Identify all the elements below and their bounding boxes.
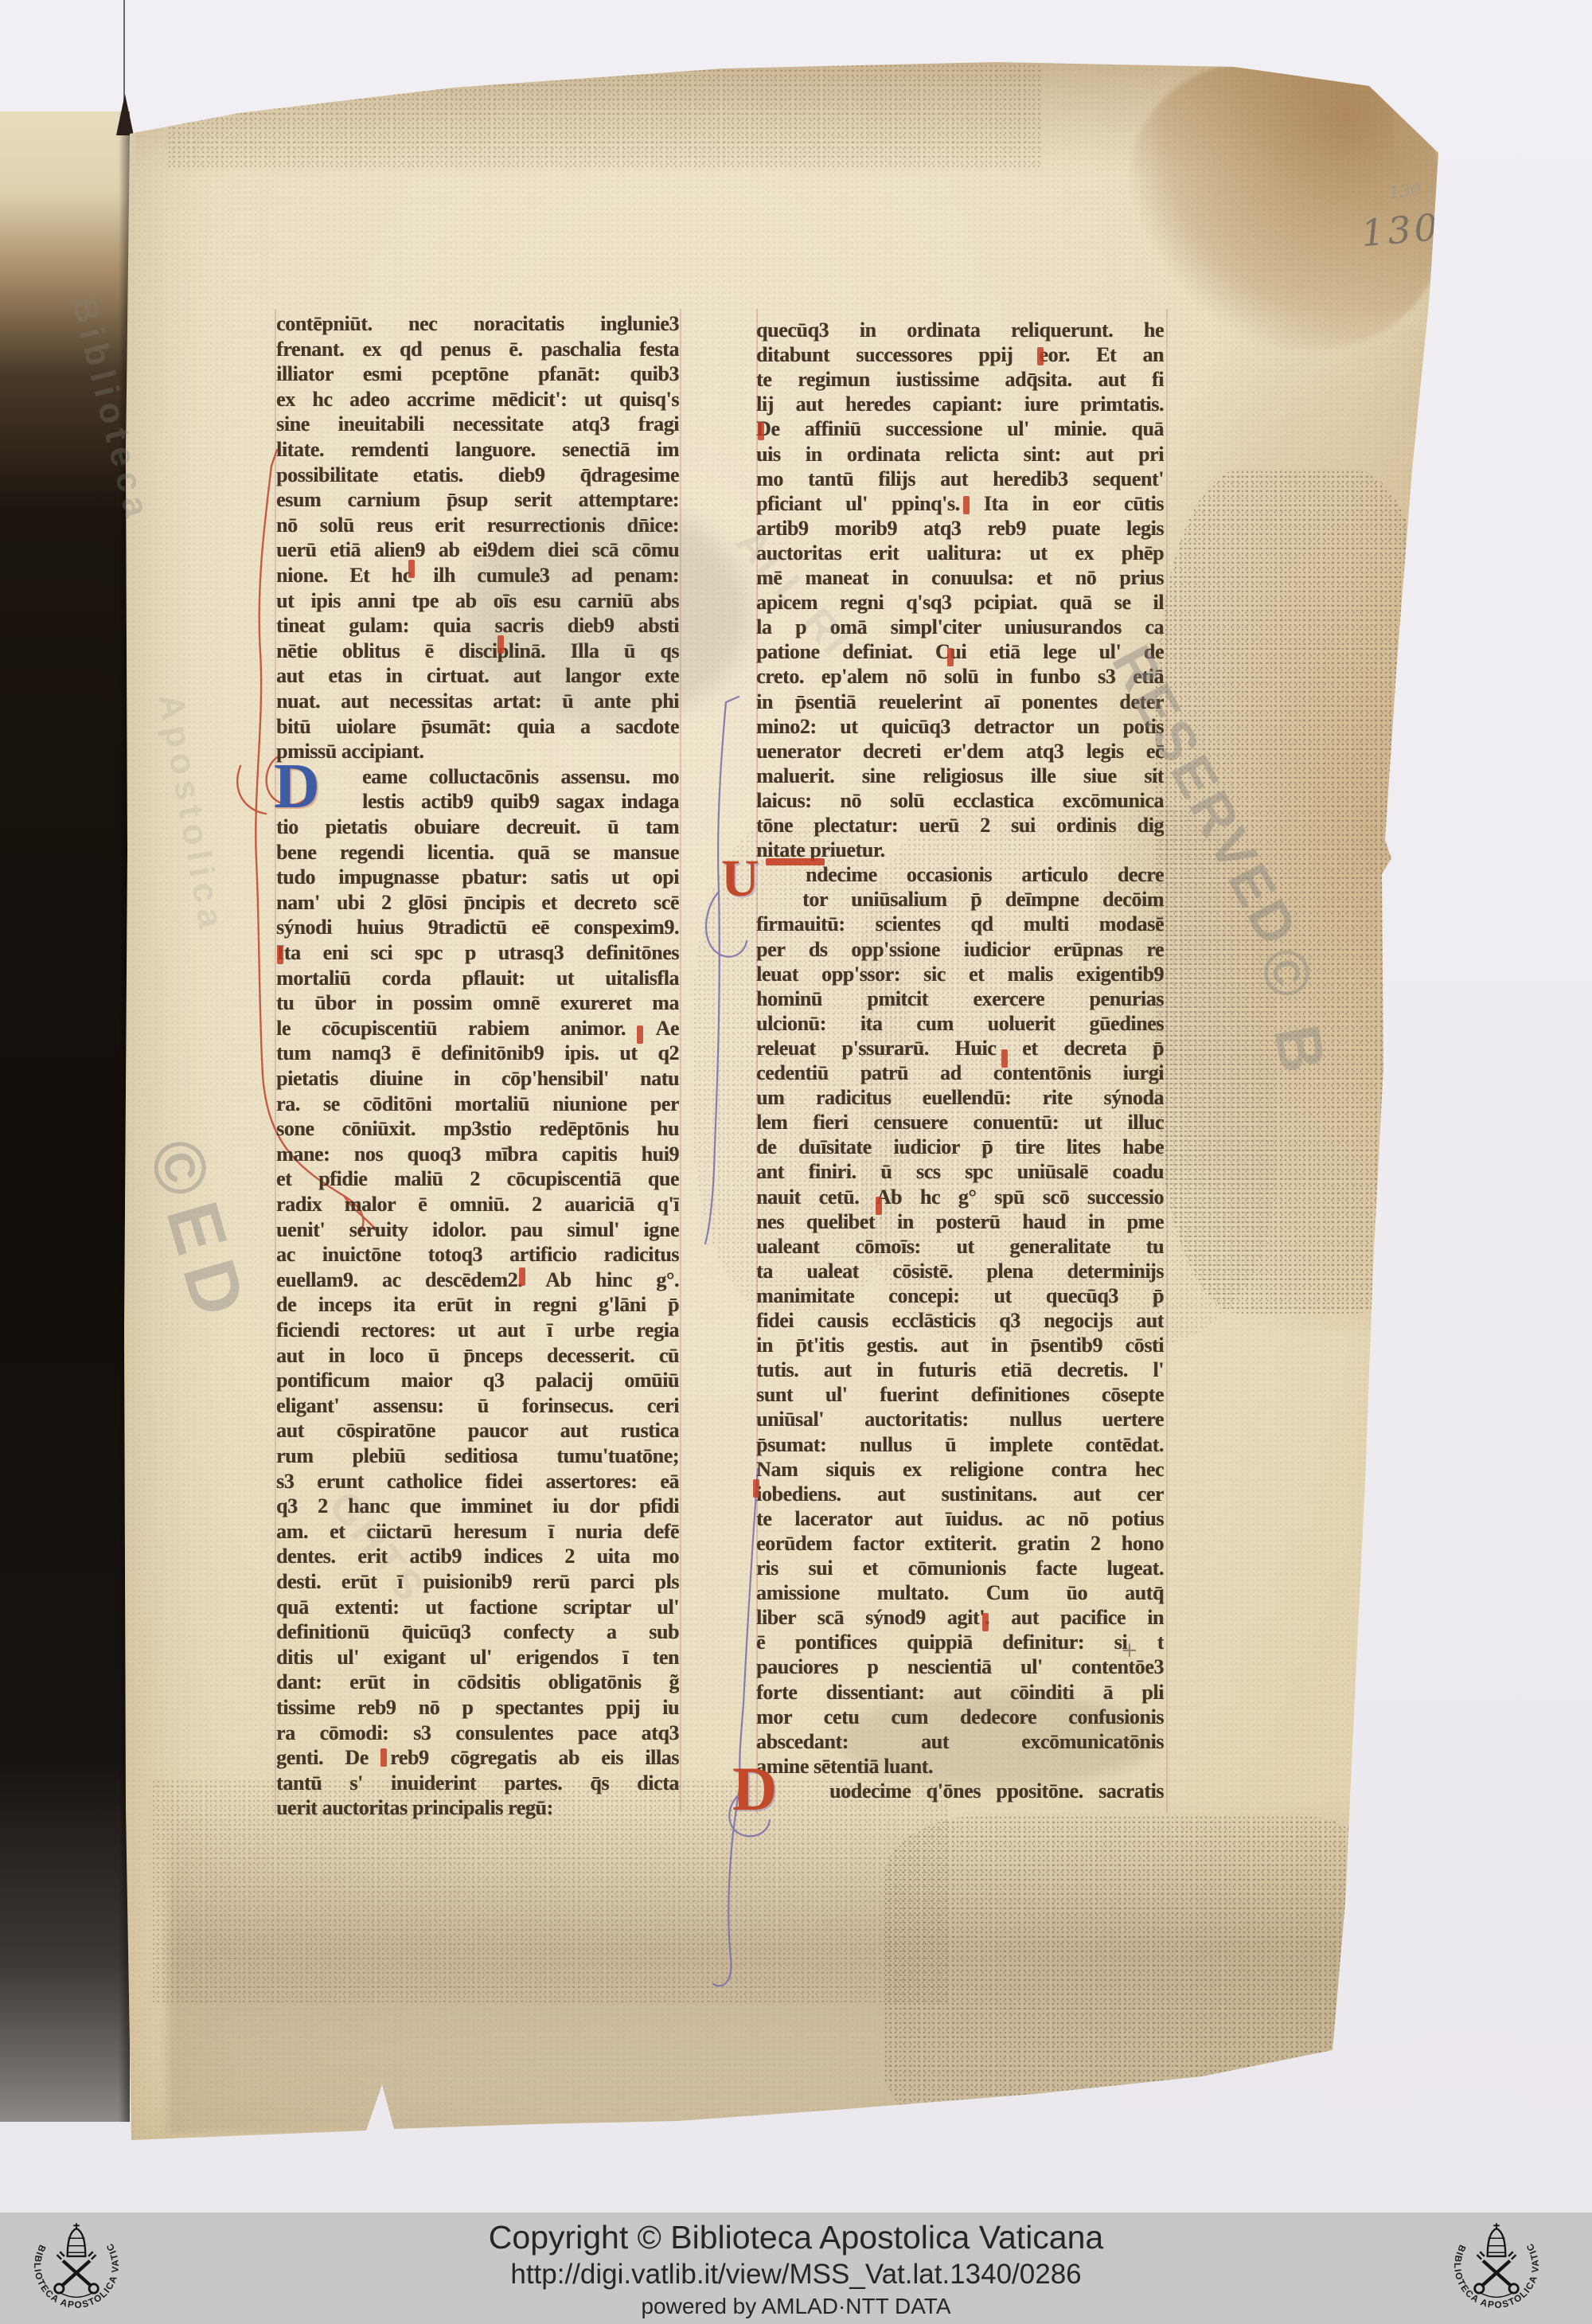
manuscript-line: contēpniūt. nec noracitatis inglunie3 (276, 312, 679, 337)
manuscript-line: lem fieri censuere conuentū: ut illuc (756, 1111, 1164, 1135)
manuscript-line: de duīsitate iudicior p̄ tire lites habe (756, 1135, 1164, 1160)
manuscript-line: hominū pmitcit exercere penurias (756, 987, 1164, 1012)
manuscript-line: forte dissentiant: aut cōinditi ā pli (756, 1681, 1164, 1705)
manuscript-line: mē maneat in conuulsa: et nō prius (756, 566, 1164, 591)
rubric-touch-mark (876, 1197, 882, 1215)
parchment-stain (167, 64, 1043, 167)
rubric-touch-mark (497, 635, 504, 654)
manuscript-line: ris sui et cōmunionis facte lugeat. (756, 1556, 1164, 1581)
manuscript-line: patione definiat. Cui etiā lege ul' de (756, 640, 1164, 665)
manuscript-line: aut in loco ū p̄nceps decesserit. cū (276, 1344, 679, 1369)
manuscript-line: abscedant: aut excōmunicatōnis (756, 1730, 1164, 1755)
initial-topbar (766, 858, 825, 865)
decorated-initial: U (721, 855, 759, 902)
manuscript-line: dentes. erit actib9 indices 2 uita mo (276, 1545, 679, 1569)
manuscript-line: tineat gulam: quia sacris dieb9 absti (276, 614, 679, 639)
manuscript-line: mo tantū filijs aut heredib3 sequent' (756, 467, 1164, 492)
rubric-touch-mark (1001, 1049, 1008, 1068)
manuscript-right-column: quecūq3 in ordinata reliquerunt. heditab… (756, 318, 1164, 1815)
manuscript-line: ac inuictōne totoq3 artificio radicitus (276, 1243, 679, 1267)
manuscript-line: genti. De reb9 cōgregatis ab eis illas (276, 1746, 679, 1771)
manuscript-line: esum carnium p̄sup serit attemptare: (276, 488, 679, 513)
manuscript-line: lestis actib9 quib9 sagax indaga (362, 790, 679, 814)
manuscript-line: leuat opp'ssor: sic et malis exigentib9 (756, 963, 1164, 987)
manuscript-line: ulcionū: ita cum uoluerit gūedines (756, 1012, 1164, 1037)
manuscript-line: manimitate concepi: ut quecūq3 p̄ (756, 1284, 1164, 1309)
manuscript-line: te regimun iustissime adq̄sita. aut fi (756, 368, 1164, 393)
screenshot-root: 130 130 + contēpniūt. nec noracitatis in… (0, 0, 1592, 2324)
manuscript-line: De affiniū successione ul' minie. quā (756, 417, 1164, 442)
manuscript-line: sone cōniūxit. mp3stio redēptōnis hu (276, 1117, 679, 1142)
parchment-stain (167, 1799, 1377, 2134)
manuscript-line: p̄sumat: nullus ū implete contēdat. (756, 1433, 1164, 1458)
page-seam-notch (116, 94, 134, 135)
manuscript-line: definitionū q̄uicūq3 confecty a sub (276, 1620, 679, 1645)
manuscript-line: uerū etiā alien9 ab ei9dem diei scā cōmu (276, 538, 679, 563)
ruling-line (1166, 309, 1168, 1814)
manuscript-line: uenerator decreti er'dem atq3 legis ec̄ (756, 740, 1164, 764)
manuscript-line: ditis ul' exigant ul' erigendos ī ten (276, 1646, 679, 1670)
manuscript-left-column: contēpniūt. nec noracitatis inglunie3fre… (276, 312, 679, 1809)
manuscript-line: bitū uiolare p̄sumāt: quia a sacdote (276, 715, 679, 740)
manuscript-line: sunt ul' fuerint definitiones cōsepte (756, 1383, 1164, 1408)
manuscript-line: tudo impugnasse pbatur: satis ut opi (276, 865, 679, 890)
manuscript-line: mor cetu cum dedecore confusionis (756, 1705, 1164, 1730)
rubric-touch-mark (753, 1479, 759, 1498)
manuscript-line: radix malor ē omniū. 2 auariciā q'ī (276, 1193, 679, 1217)
manuscript-line: apicem regni q'sq3 pcipiat. quā se il (756, 591, 1164, 615)
manuscript-line: ant finiri. ū scs spc uniūsalē coadu (756, 1160, 1164, 1185)
manuscript-line: la p omā simpl'citer uniusurandos ca (756, 615, 1164, 640)
manuscript-line: s3 erunt catholice fidei assertores: eā (276, 1470, 679, 1494)
powered-by-text: powered by AMLAD·NTT DATA (0, 2294, 1592, 2319)
manuscript-line: tōne plectatur: uerū 2 sui ordinis dig (756, 814, 1164, 838)
manuscript-line: mane: nos quoq3 mībra capitis hui9 (276, 1142, 679, 1167)
manuscript-line: ex hc adeo accrime mēdicit': ut quisq's (276, 388, 679, 412)
manuscript-line: nō solū reus erit resurrectionis dn̄ice: (276, 514, 679, 538)
manuscript-line: iobediens. aut sustinitans. aut cer (756, 1482, 1164, 1507)
manuscript-line: pietatis diuine in cōp'hensibil' natu (276, 1067, 679, 1092)
parchment-stain (1154, 470, 1441, 1314)
copyright-bar: BIBLIOTECA APOSTOLICA VATICANA (0, 2213, 1592, 2324)
manuscript-line: ficiendi rectores: ut aut ī urbe regia (276, 1318, 679, 1343)
manuscript-line: uerit auctoritas principalis regū: (276, 1796, 679, 1821)
manuscript-line: uis in ordinata relicta sint: aut pri (756, 443, 1164, 467)
manuscript-line: amissione multato. Cum ūo autq̄ (756, 1581, 1164, 1606)
manuscript-line: Nam siquis ex religione contra hec (756, 1458, 1164, 1482)
book-gutter-shadow (0, 111, 130, 2122)
manuscript-line: lij aut heredes capiant: iure primtatis. (756, 393, 1164, 417)
folio-number-small: 130 (1388, 180, 1422, 202)
ruling-line (680, 309, 681, 1814)
manuscript-line: dant: erūt in cōdsitis obligatōnis g̃ (276, 1670, 679, 1695)
manuscript-line: artib9 morib9 atq3 reb9 puate legis (756, 517, 1164, 541)
rubric-touch-mark (1037, 347, 1044, 365)
manuscript-line: mortaliū corda pflauit: ut uitalisfla (276, 967, 679, 991)
manuscript-line: ditabunt successores ppij eor. Et an (756, 343, 1164, 368)
manuscript-line: ut ipis anni tpe ab oīs esu carniū abs (276, 589, 679, 614)
manuscript-line: le cōcupiscentiū rabiem animor. Ae (276, 1017, 679, 1041)
manuscript-line: mino2: ut quicūq3 detractor un potis (756, 715, 1164, 740)
rubric-touch-mark (519, 1267, 525, 1286)
decorated-initial: D (732, 1761, 777, 1817)
manuscript-line: in p̄sentiā reuelerint aī ponentes deter (756, 690, 1164, 715)
manuscript-url: http://digi.vatlib.it/view/MSS_Vat.lat.1… (0, 2259, 1592, 2291)
parchment-stain (135, 59, 1393, 178)
manuscript-line: uodecime q'ōnes ppositōne. sacratis (829, 1779, 1164, 1804)
manuscript-line: cedentiū patrū ad contentōnis iurgi (756, 1061, 1164, 1086)
manuscript-line: firmauitū: scientes qd multi modasē (756, 912, 1164, 937)
manuscript-line: nauit cetū. Ab hc g° spū scō successio (756, 1185, 1164, 1210)
manuscript-line: bene regendi licentia. quā se mansue (276, 841, 679, 865)
manuscript-line: tum namq3 ē definitōnib9 ipis. ut q2 (276, 1041, 679, 1066)
manuscript-line: eligant' assensu: ū forinsecus. ceri (276, 1394, 679, 1419)
manuscript-line: nes quelibet in posterū haud in pme (756, 1210, 1164, 1235)
manuscript-line: nam' ubi 2 glōsi p̄ncipis et decreto scē (276, 891, 679, 916)
manuscript-line: sýnodi huius 9tradictū eē conspexim9. (276, 916, 679, 940)
manuscript-line: tissime reb9 nō p spectantes ppij iu (276, 1696, 679, 1721)
rubric-touch-mark (277, 946, 283, 964)
manuscript-line: ē pontifices quippiā definitur: si t (756, 1631, 1164, 1655)
manuscript-line: euellam9. ac descēdem2. Ab hinc g°. (276, 1268, 679, 1293)
rubric-touch-mark (380, 1748, 387, 1767)
manuscript-line: quecūq3 in ordinata reliquerunt. he (756, 318, 1164, 343)
manuscript-line: quā extenti: ut factione scriptar ul' (276, 1596, 679, 1620)
manuscript-line: creto. ep'alem nō solū in funbo s3 etiā (756, 665, 1164, 689)
manuscript-line: Ita eni sci spc p utrasq3 definitōnes (276, 941, 679, 966)
manuscript-line: uniūsal' auctoritatis: nullus uertere (756, 1408, 1164, 1432)
rubric-touch-mark (637, 1025, 643, 1044)
manuscript-line: eame colluctacōnis assensu. mo (362, 765, 679, 790)
manuscript-line: ra cōmodi: s3 consulentes pace atq3 (276, 1721, 679, 1746)
manuscript-line: tor uniūsalium p̄ deīmpne decōim (802, 888, 1164, 912)
rubric-touch-mark (963, 496, 970, 514)
manuscript-line: uenit' seruity idolor. pau simul' igne (276, 1218, 679, 1243)
manuscript-line: rum plebiū seditiosa tumu'tuatōne; (276, 1444, 679, 1469)
manuscript-line: am. et ciictarū heresum ī nuria defē (276, 1520, 679, 1545)
manuscript-line: ualeant cōmoīs: ut generalitate tu (756, 1235, 1164, 1260)
rubric-touch-mark (947, 648, 954, 666)
manuscript-line: frenant. ex qd penus ē. paschalia festa (276, 338, 679, 362)
manuscript-line: illiator esmi pceptōne pfanāt: quib3 (276, 362, 679, 387)
copyright-text: Copyright © Biblioteca Apostolica Vatica… (0, 2219, 1592, 2256)
manuscript-line: maluerit. sine religiosus ille siue sit (756, 764, 1164, 789)
manuscript-line: pauciores p nescientiā ul' contentōe3 (756, 1655, 1164, 1680)
manuscript-line: auctoritas erit ualitura: ut ex phēp (756, 541, 1164, 566)
manuscript-line: nētie oblitus ē disciplinā. Illa ū qs (276, 639, 679, 664)
manuscript-line: liber scā sýnod9 agit'. aut pacifice in (756, 1606, 1164, 1631)
manuscript-line: per ds opp'ssione iudicior erūpnas re (756, 938, 1164, 963)
manuscript-line: aut etas in cirtuat. aut langor exte (276, 664, 679, 689)
manuscript-line: um radicitus euellendū: rite sýnoda (756, 1086, 1164, 1111)
manuscript-line: possibilitate etatis. dieb9 q̄dragesime (276, 463, 679, 488)
rubric-touch-mark (758, 422, 764, 440)
manuscript-line: amine sētentiā luant. (756, 1755, 1164, 1779)
manuscript-line: pmissū accipiant. (276, 740, 679, 764)
parchment-stain (884, 1815, 1393, 2134)
manuscript-line: in p̄t'itis gestis. aut in p̄sentib9 cōs… (756, 1334, 1164, 1358)
folio-number: 130 (1360, 205, 1442, 255)
manuscript-line: nione. Et hc ilh cumule3 ad penam: (276, 564, 679, 588)
rubric-touch-mark (982, 1613, 989, 1631)
manuscript-line: tu ūbor in possim omnē exureret ma (276, 991, 679, 1016)
scan-photo-area: 130 130 + contēpniūt. nec noracitatis in… (0, 0, 1592, 2213)
manuscript-line: te lacerator aut īuidus. ac nō potius (756, 1507, 1164, 1532)
manuscript-line: releuat p'ssurarū. Huic et decreta p̄ (756, 1037, 1164, 1061)
manuscript-line: tantū s' inuiderint partes. q̄s dicta (276, 1771, 679, 1796)
manuscript-line: et pfidie maliū 2 cōcupiscentiā que (276, 1167, 679, 1192)
manuscript-line: aut cōspiratōne paucor aut rustica (276, 1419, 679, 1443)
manuscript-line: tutis. aut in futuris etiā decretis. l' (756, 1358, 1164, 1383)
manuscript-line: eorūdem factor extiterit. gratin 2 hono (756, 1532, 1164, 1556)
manuscript-line: ta ualeat cōsistē. plena determinĳs (756, 1260, 1164, 1284)
manuscript-line: fidei causis ecclāsticis q3 negocijs aut (756, 1309, 1164, 1334)
parchment-stain (1130, 62, 1441, 349)
manuscript-line: q3 2 hanc que imminet iu dor pfidi (276, 1494, 679, 1519)
manuscript-line: tio pietatis obuiare decreuit. ū tam (276, 815, 679, 840)
manuscript-line: ndecime occasionis articulo decre (806, 863, 1164, 888)
manuscript-line: pontificum maior q3 palacij omūiū (276, 1369, 679, 1393)
manuscript-line: ra. se cōditōni mortaliū niunione per (276, 1092, 679, 1117)
manuscript-line: desti. erūt ī puisionib9 rerū parci pls (276, 1570, 679, 1595)
manuscript-line: de inceps ita erūt in regni g'lāni p̄ (276, 1293, 679, 1318)
manuscript-line: laicus: nō solū ecclastica excōmunica (756, 789, 1164, 814)
manuscript-line: litate. remdenti languore. senectiā im (276, 438, 679, 463)
decorated-initial: D (274, 758, 320, 815)
manuscript-line: pficiant ul' ppinq's. Ita in eor cūtis (756, 492, 1164, 517)
manuscript-line: sine ineuitabili necessitate atq3 fragi (276, 412, 679, 437)
rubric-touch-mark (408, 560, 415, 578)
manuscript-line: nuat. aut necessitas artat: ū ante phi (276, 689, 679, 714)
